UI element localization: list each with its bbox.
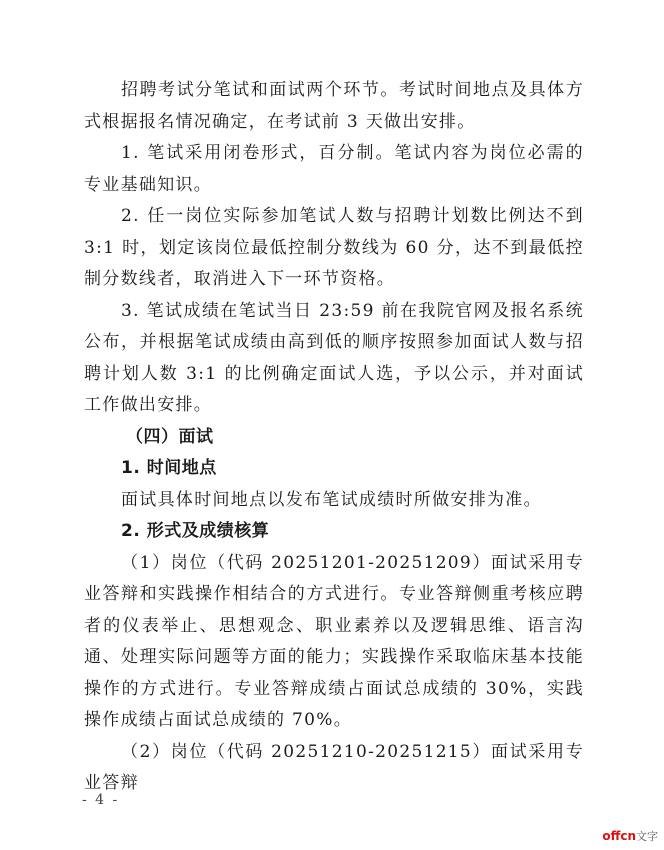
paragraph-exam-overview: 招聘考试分笔试和面试两个环节。考试时间地点及具体方式根据报名情况确定，在考试前 … bbox=[84, 75, 584, 138]
section-heading-interview: （四）面试 bbox=[84, 422, 584, 454]
paragraph-written-exam-format: 1. 笔试采用闭卷形式，百分制。笔试内容为岗位必需的专业基础知识。 bbox=[84, 138, 584, 201]
document-page: 招聘考试分笔试和面试两个环节。考试时间地点及具体方式根据报名情况确定，在考试前 … bbox=[0, 0, 664, 850]
page-number: - 4 - bbox=[82, 792, 119, 808]
subheading-time-location: 1. 时间地点 bbox=[84, 453, 584, 485]
paragraph-interview-format-2: （2）岗位（代码 20251210-20251215）面试采用专业答辩 bbox=[84, 737, 584, 800]
paragraph-interview-time: 面试具体时间地点以发布笔试成绩时所做安排为准。 bbox=[84, 485, 584, 517]
document-body: 招聘考试分笔试和面试两个环节。考试时间地点及具体方式根据报名情况确定，在考试前 … bbox=[84, 75, 584, 800]
paragraph-minimum-score-line: 2. 任一岗位实际参加笔试人数与招聘计划数比例达不到 3:1 时，划定该岗位最低… bbox=[84, 201, 584, 296]
paragraph-interview-format-1: （1）岗位（代码 20251201-20251209）面试采用专业答辩和实践操作… bbox=[84, 548, 584, 737]
subheading-format-scoring: 2. 形式及成绩核算 bbox=[84, 516, 584, 548]
paragraph-score-publication: 3. 笔试成绩在笔试当日 23:59 前在我院官网及报名系统公布，并根据笔试成绩… bbox=[84, 296, 584, 422]
watermark-suffix: 文字 bbox=[636, 830, 658, 843]
watermark-brand-logo: offcn bbox=[602, 829, 636, 843]
watermark: offcn文字 bbox=[602, 828, 658, 844]
